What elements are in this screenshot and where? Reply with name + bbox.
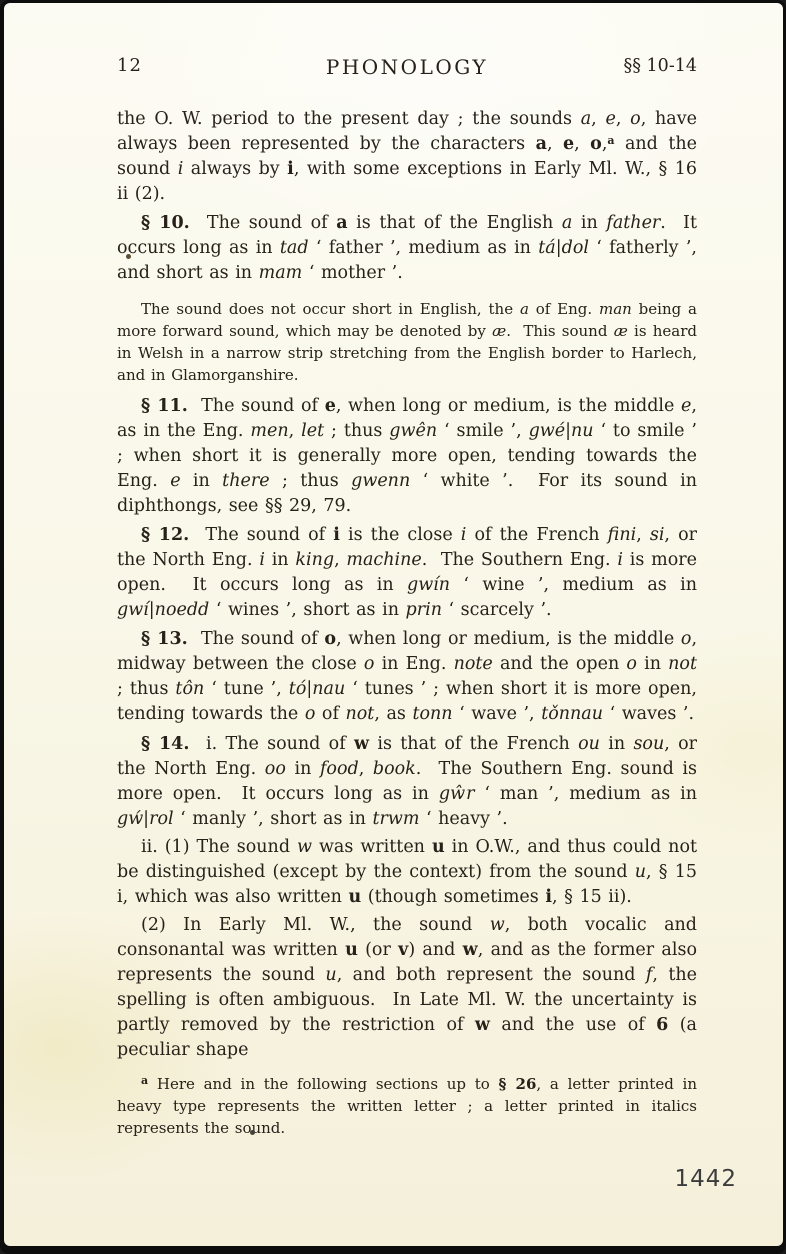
text-segment: man (599, 300, 632, 318)
text-segment: w (354, 734, 369, 754)
text-segment: tad (280, 238, 309, 258)
text-segment: o (364, 654, 375, 674)
para-section-11: § 11. The sound of e, when long or mediu… (117, 394, 697, 519)
text-segment: si (650, 525, 665, 545)
text-segment: u (635, 862, 646, 882)
text-segment: tó|nau (289, 679, 345, 699)
text-segment: i (617, 550, 623, 570)
text-segment: machine (346, 550, 421, 570)
text-segment: a (336, 213, 347, 233)
text-segment: gŵr (439, 784, 475, 804)
text-segment: 6 (656, 1015, 668, 1035)
text-segment: book (373, 759, 416, 779)
text-segment: gwenn (351, 471, 410, 491)
para-14-ii-2: (2) In Early Ml. W., the sound w, both v… (117, 913, 697, 1063)
scan-number: 1442 (674, 1166, 737, 1192)
text-segment: trwm (372, 809, 419, 829)
paper-speck (126, 254, 131, 259)
text-segment: § 10. (141, 213, 190, 233)
book-page: 12 PHONOLOGY §§ 10-14 the O. W. period t… (4, 3, 783, 1246)
text-body: the O. W. period to the present day ; th… (117, 107, 697, 1139)
text-segment: tôn (175, 679, 204, 699)
text-segment: i (545, 887, 552, 907)
section-range: §§ 10-14 (623, 56, 697, 76)
para-section-10: § 10. The sound of a is that of the Engl… (117, 211, 697, 286)
text-segment: gwín (407, 575, 450, 595)
text-segment: o (626, 654, 637, 674)
text-segment: e (563, 134, 574, 154)
page-header: 12 PHONOLOGY §§ 10-14 (117, 55, 697, 81)
para-14-ii-1: ii. (1) The sound w was written u in O.W… (117, 835, 697, 910)
text-segment: fini (608, 525, 637, 545)
text-segment: e (605, 109, 615, 129)
text-segment: w (463, 940, 478, 960)
para-section-12: § 12. The sound of i is the close i of t… (117, 523, 697, 623)
text-segment: w (297, 837, 312, 857)
text-segment: tá|dol (538, 238, 589, 258)
text-segment: let (301, 421, 324, 441)
text-segment: ou (578, 734, 600, 754)
text-segment: v (398, 940, 408, 960)
text-segment: mam (259, 263, 303, 283)
text-segment: § 12. (141, 525, 189, 545)
text-segment: e (170, 471, 180, 491)
text-segment: e (681, 396, 691, 416)
text-segment: gwên (389, 421, 437, 441)
text-segment: a (520, 300, 529, 318)
text-segment: gẃ|rol (117, 809, 174, 829)
text-segment: o (630, 109, 641, 129)
text-segment: tonn (412, 704, 452, 724)
text-segment: æ (492, 322, 506, 340)
footnote: a Here and in the following sections up … (117, 1073, 697, 1139)
text-segment: a (562, 213, 572, 233)
text-segment: a (607, 134, 614, 147)
text-segment: a (581, 109, 591, 129)
text-segment: not (346, 704, 375, 724)
text-segment: u (345, 940, 358, 960)
text-segment: æ (614, 322, 628, 340)
text-segment: note (454, 654, 493, 674)
para-continuation: the O. W. period to the present day ; th… (117, 107, 697, 207)
paper-speck (250, 1130, 255, 1135)
text-segment: a (536, 134, 547, 154)
text-segment: a (141, 1074, 148, 1087)
text-segment: i (259, 550, 265, 570)
text-segment: oo (265, 759, 286, 779)
text-segment: i (287, 159, 294, 179)
text-segment: tǒnnau (541, 704, 603, 724)
para-section-14: § 14. i. The sound of w is that of the F… (117, 732, 697, 832)
text-segment: o (324, 629, 336, 649)
text-segment: w (490, 915, 505, 935)
para-section-13: § 13. The sound of o, when long or mediu… (117, 627, 697, 727)
text-segment: u (432, 837, 445, 857)
text-segment: e (325, 396, 336, 416)
text-segment: w (475, 1015, 490, 1035)
page-content: 12 PHONOLOGY §§ 10-14 the O. W. period t… (4, 3, 783, 1246)
text-segment: f (646, 965, 652, 985)
para-small-print-a-sound: The sound does not occur short in Englis… (117, 298, 697, 386)
text-segment: u (348, 887, 361, 907)
scan-frame: 12 PHONOLOGY §§ 10-14 the O. W. period t… (0, 0, 786, 1254)
text-segment: gwé|nu (529, 421, 594, 441)
text-segment: gwí|noedd (117, 600, 209, 620)
text-segment: o (681, 629, 692, 649)
text-segment: king (295, 550, 334, 570)
text-segment: § 26 (499, 1075, 537, 1093)
text-segment: § 13. (141, 629, 188, 649)
text-segment: sou (633, 734, 664, 754)
text-segment: § 14. (141, 734, 189, 754)
text-segment: i (333, 525, 340, 545)
text-segment: prin (406, 600, 442, 620)
text-segment: not (668, 654, 697, 674)
text-segment: men (250, 421, 288, 441)
text-segment: i (178, 159, 184, 179)
text-segment: o (305, 704, 316, 724)
text-segment: i (461, 525, 467, 545)
text-segment: u (325, 965, 336, 985)
text-segment: o (590, 134, 602, 154)
text-segment: food (320, 759, 359, 779)
text-segment: § 11. (141, 396, 188, 416)
running-title: PHONOLOGY (117, 55, 697, 79)
text-segment: father (606, 213, 660, 233)
text-segment: there (222, 471, 269, 491)
